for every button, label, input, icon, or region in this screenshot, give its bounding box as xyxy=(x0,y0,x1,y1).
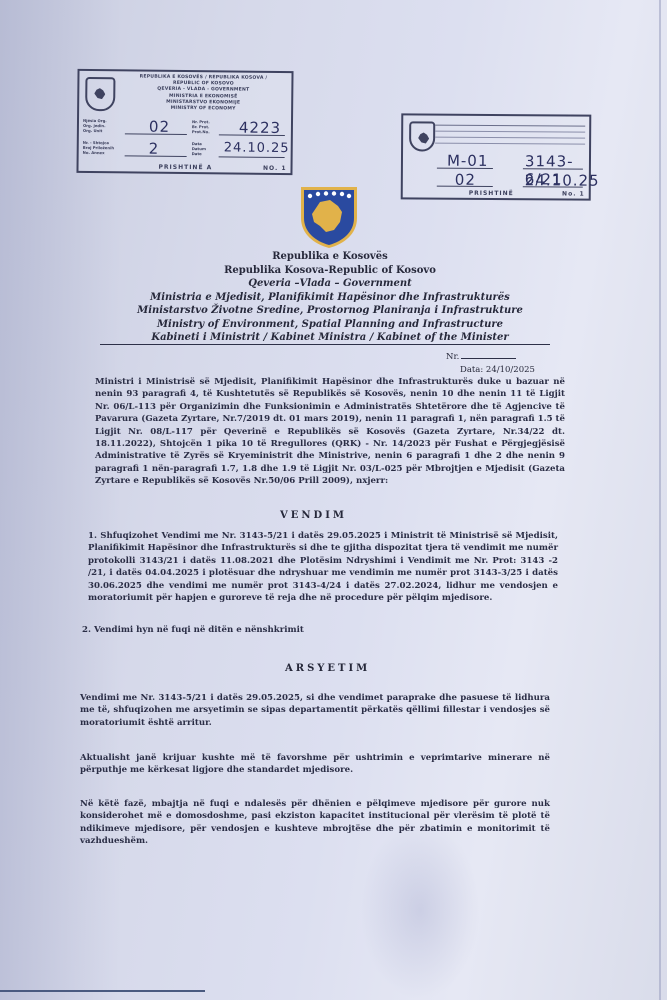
reasoning-paragraph-2: Aktualisht janë krijuar kushte më të fav… xyxy=(80,752,550,777)
scanned-document-page: REPUBLIKA E KOSOVËS / REPUBLIKA KOSOVA /… xyxy=(0,0,667,1000)
stamp-city: PRISHTINË A xyxy=(158,164,212,172)
reasoning-paragraph-1: Vendimi me Nr. 3143-5/21 i datës 29.05.2… xyxy=(80,692,550,729)
handwritten-protocol-number: 4223 xyxy=(239,119,281,137)
stamp-city: PRISHTINË xyxy=(469,190,514,197)
section-heading-arsyetim: ARSYETIM xyxy=(285,663,370,674)
registry-stamp-economy: REPUBLIKA E KOSOVËS / REPUBLIKA KOSOVA /… xyxy=(76,69,293,175)
kosovo-coat-of-arms-icon xyxy=(298,184,360,250)
stamp-header xyxy=(435,120,585,146)
page-bottom-edge xyxy=(0,990,205,992)
decision-item-1: 1. Shfuqizohet Vendimi me Nr. 3143-5/21 … xyxy=(88,530,558,604)
legal-basis-paragraph: Ministri i Ministrisë së Mjedisit, Plani… xyxy=(95,376,565,488)
coat-of-arms-icon xyxy=(409,121,435,151)
handwritten-org-unit: 02 xyxy=(149,118,170,136)
registry-stamp-ministry: M-01 3143-6/21 02 24.10.25 PRISHTINË No.… xyxy=(401,113,592,200)
reference-number: Nr. xyxy=(446,352,516,362)
page-edge xyxy=(659,0,661,1000)
document-date: Data: 24/10/2025 xyxy=(460,365,535,375)
stamp-labels: Njësia Org. Org. jedin. Org. Unit xyxy=(83,119,107,134)
stamp-header: REPUBLIKA E KOSOVËS / REPUBLIKA KOSOVA /… xyxy=(119,74,287,113)
reasoning-paragraph-3: Në këtë fazë, mbajtja në fuqi e ndalesës… xyxy=(80,798,550,848)
stamp-labels: Nr. Prot. Br. Prot. Prot.No. xyxy=(192,120,210,135)
stamp-number: No. 1 xyxy=(562,190,585,197)
handwritten-annex-number: 2 xyxy=(149,140,160,158)
handwritten-org-unit: M-01 xyxy=(447,152,489,170)
stamp-field-line xyxy=(219,156,285,158)
stamp-number: NO. 1 xyxy=(263,165,287,172)
handwritten-annex-number: 02 xyxy=(455,171,476,189)
stamp-labels: Data Datum Date xyxy=(192,142,206,157)
section-heading-vendim: VENDIM xyxy=(280,510,347,521)
coat-of-arms-icon xyxy=(85,77,115,111)
handwritten-date: 24.10.25 xyxy=(224,140,290,156)
letterhead-divider xyxy=(100,344,550,345)
handwritten-date: 24.10.25 xyxy=(525,171,600,190)
decision-item-2: 2. Vendimi hyn në fuqi në ditën e nënshk… xyxy=(82,624,482,636)
stamp-labels: Nr. - Shtojca Broj Priloženih No. Annex xyxy=(83,141,115,156)
letterhead: Republika e Kosovës Republika Kosova-Rep… xyxy=(90,250,570,345)
